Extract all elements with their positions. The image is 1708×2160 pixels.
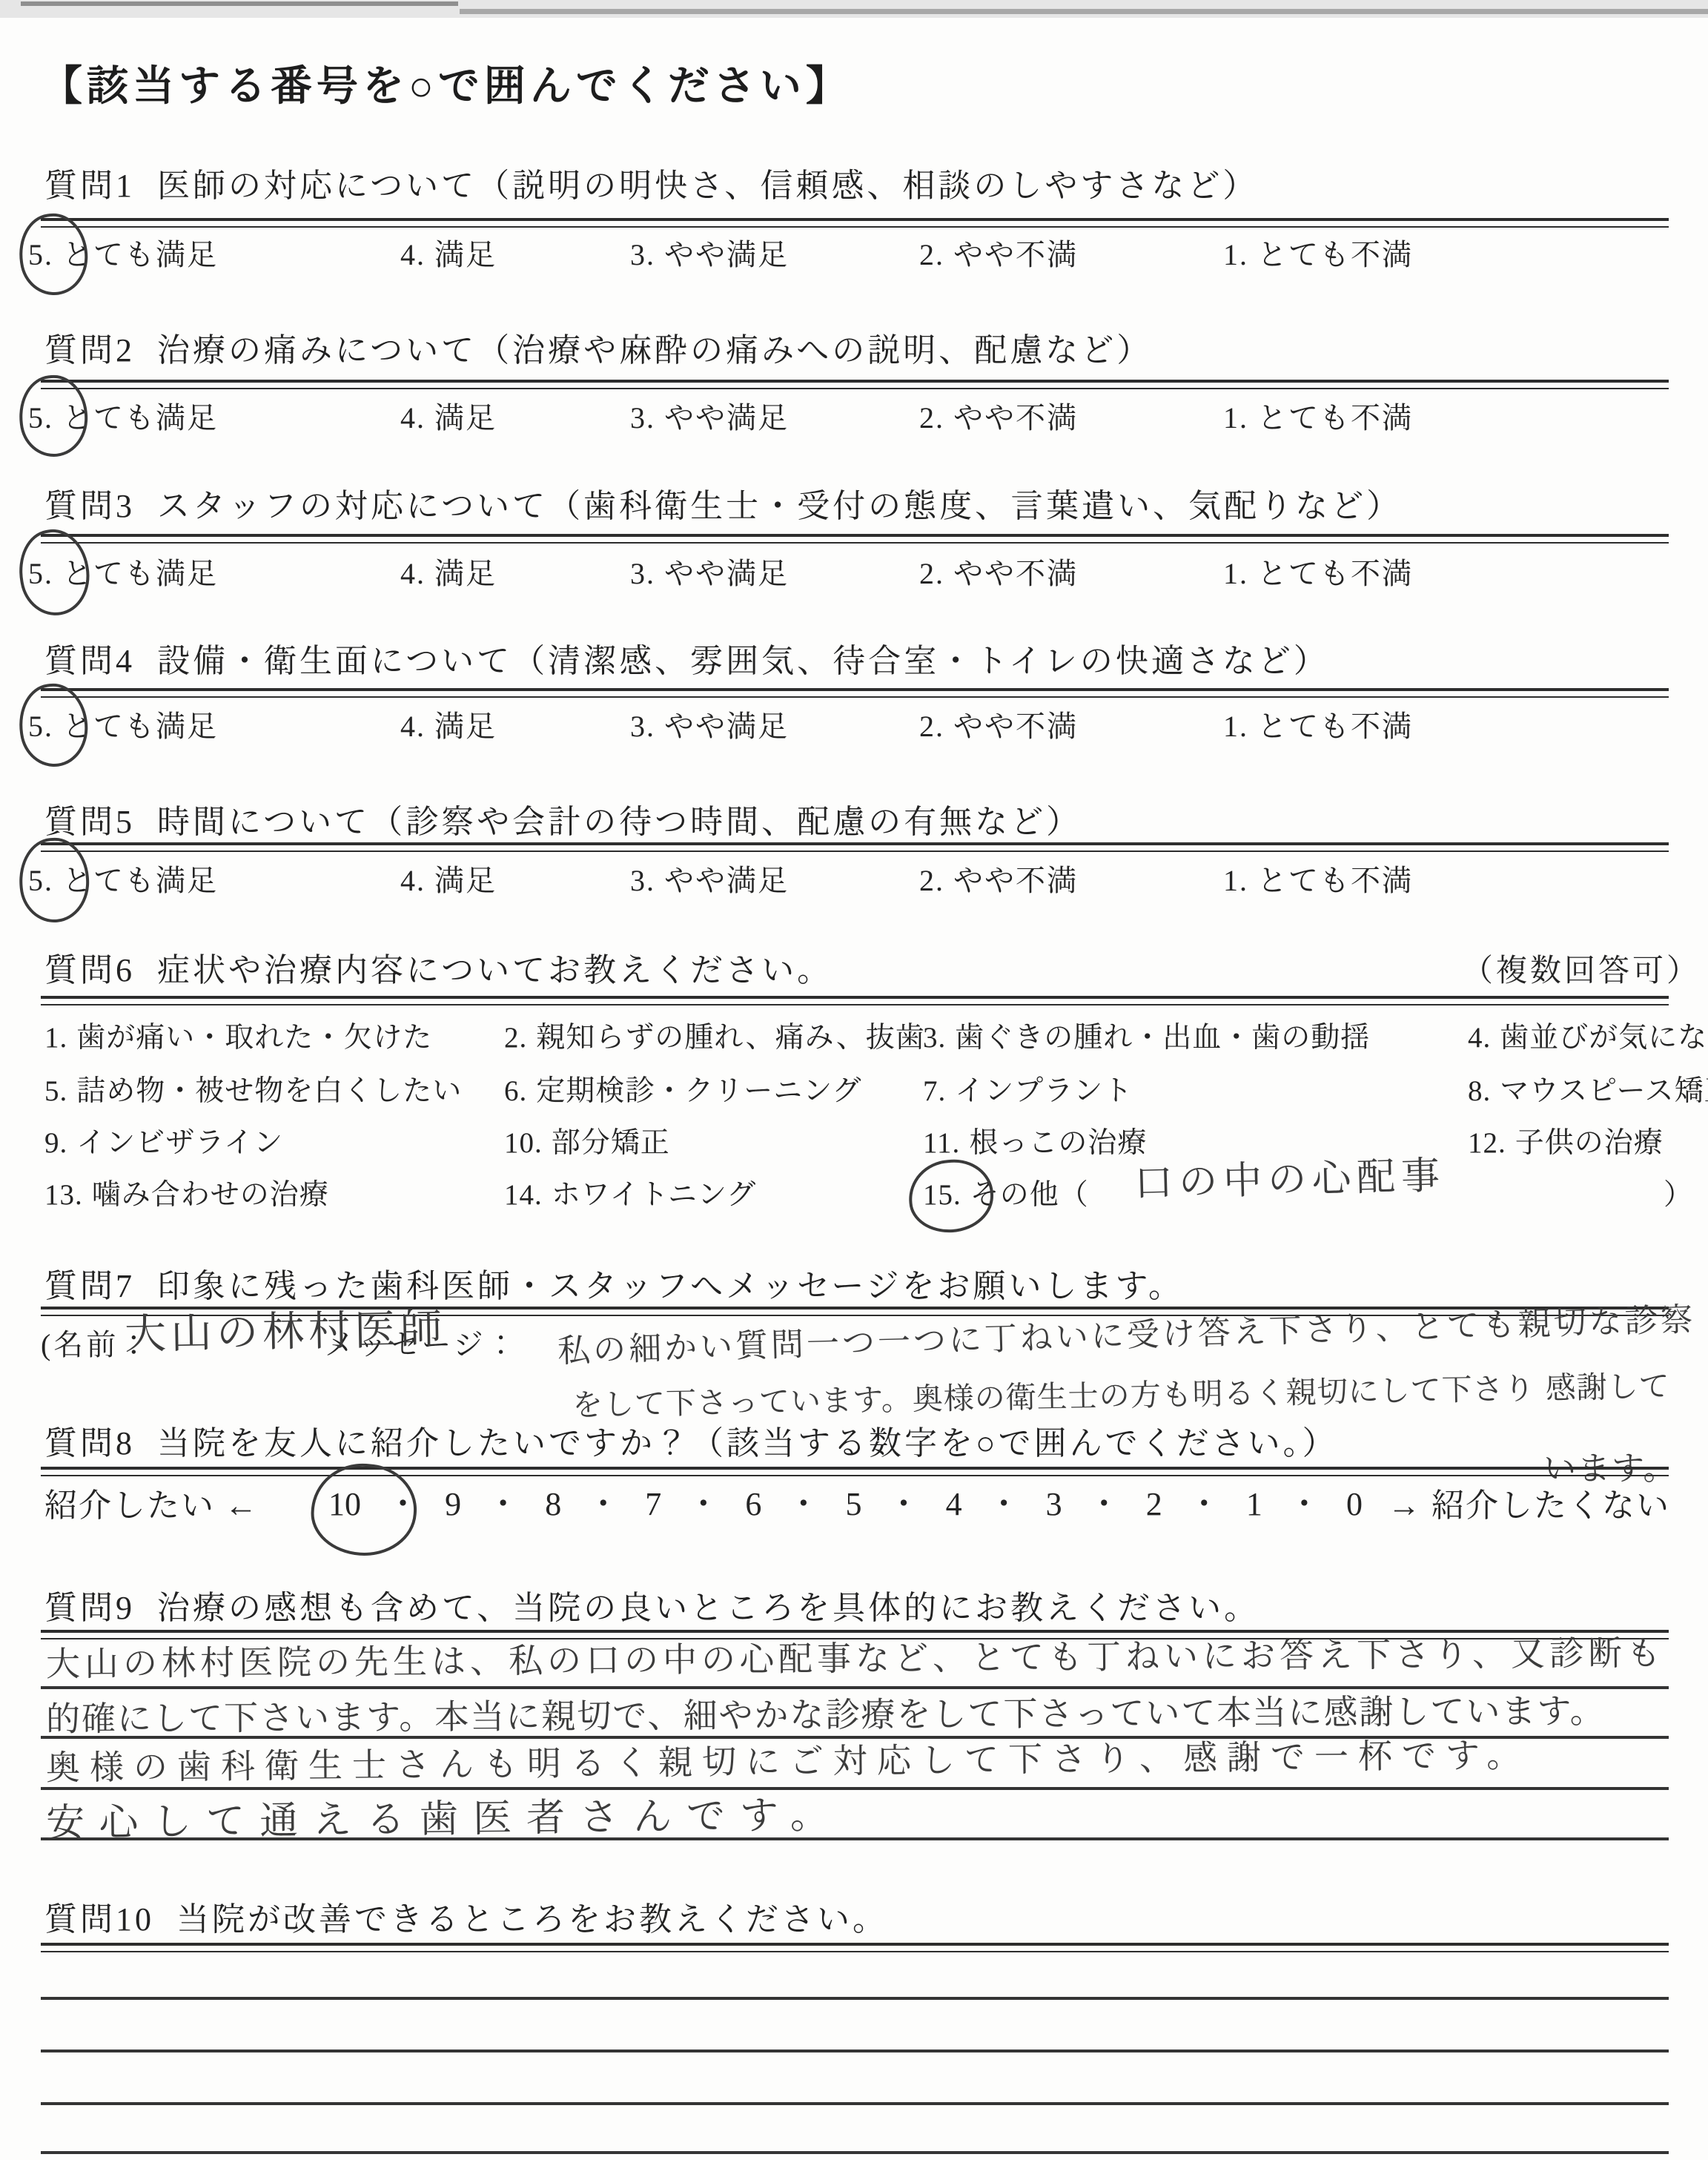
nps-scale: 10 ・ 9 ・ 8 ・ 7 ・ 6 ・ 5 ・ 4 ・ 3 ・ 2 ・ 1 ・… — [328, 1477, 1363, 1525]
rating-option-2: 2.やや不満 — [919, 703, 1078, 745]
nps-number-7: 7 — [645, 1485, 661, 1523]
question-10-number: 質問10 — [44, 1901, 154, 1938]
question-3-text: スタッフの対応について（歯科衛生士・受付の態度、言葉遣い、気配りなど） — [157, 488, 1402, 524]
nps-separator: ・ — [687, 1477, 720, 1525]
nps-number-5: 5 — [845, 1485, 861, 1523]
scan-edge-artifact-dash — [21, 1, 458, 6]
rating-option-4: 4.満足 — [400, 394, 497, 437]
symptom-option-13: 13.噛み合わせの治療 — [44, 1172, 329, 1213]
answer-rule — [41, 2102, 1669, 2105]
section-rule — [41, 842, 1669, 852]
question-7-number: 質問7 — [44, 1268, 135, 1304]
q9-answer-line-1: 大山の林村医院の先生は、私の口の中の心配事など、とても丁ねいにお答え下さり、又診… — [46, 1626, 1665, 1686]
symptom-option-2: 2.親知らずの腫れ、痛み、抜歯 — [504, 1014, 925, 1056]
rating-option-3: 3.やや満足 — [630, 703, 789, 745]
question-4-rating-row: 5.とても満足 4.満足 3.やや満足 2.やや不満 1.とても不満 — [28, 703, 1689, 749]
rating-option-1: 1.とても不満 — [1223, 703, 1413, 745]
q7-handwritten-name: 大山の林村医師 — [124, 1296, 446, 1361]
answer-rule — [41, 1943, 1669, 1952]
nps-separator: ・ — [487, 1477, 520, 1525]
nps-separator: ・ — [1088, 1477, 1120, 1525]
question-5-title: 質問5時間について（診察や会計の待つ時間、配慮の有無など） — [44, 795, 1082, 842]
question-9-number: 質問9 — [44, 1590, 135, 1626]
question-5-rating-row: 5.とても満足 4.満足 3.やや満足 2.やや不満 1.とても不満 — [28, 857, 1689, 903]
question-8-number: 質問8 — [44, 1425, 135, 1462]
question-1-rating-row: 5.とても満足 4.満足 3.やや満足 2.やや不満 1.とても不満 — [28, 231, 1689, 277]
rating-option-1: 1.とても不満 — [1223, 857, 1413, 899]
rating-option-3: 3.やや満足 — [630, 857, 789, 899]
q6-other-handwritten-answer: 口の中の心配事 — [1133, 1144, 1446, 1208]
section-rule — [41, 688, 1669, 698]
circled-answer-mark-q6-option-15 — [907, 1157, 996, 1235]
nps-left-label: 紹介したい ← — [44, 1479, 259, 1526]
question-6-title: 質問6症状や治療内容についてお教えください。 — [44, 943, 833, 991]
symptom-option-5: 5.詰め物・被せ物を白くしたい — [44, 1068, 462, 1109]
q6-other-close-paren: ） — [1664, 1172, 1693, 1213]
question-2-title: 質問2治療の痛みについて（治療や麻酔の痛みへの説明、配慮など） — [44, 323, 1152, 371]
question-2-text: 治療の痛みについて（治療や麻酔の痛みへの説明、配慮など） — [157, 332, 1152, 369]
symptom-option-8: 8.マウスピース矯正 — [1468, 1068, 1708, 1109]
rating-option-3: 3.やや満足 — [630, 231, 789, 274]
question-4-text: 設備・衛生面について（清潔感、雰囲気、待合室・トイレの快適さなど） — [157, 643, 1329, 679]
rating-option-4: 4.満足 — [400, 550, 497, 592]
answer-rule — [41, 1997, 1669, 2000]
answer-rule — [41, 2050, 1669, 2052]
question-2-rating-row: 5.とても満足 4.満足 3.やや満足 2.やや不満 1.とても不満 — [28, 394, 1689, 440]
question-3-number: 質問3 — [44, 488, 135, 524]
question-7-title: 質問7印象に残った歯科医師・スタッフへメッセージをお願いします。 — [44, 1259, 1184, 1307]
section-rule — [41, 534, 1669, 544]
nps-number-0: 0 — [1346, 1485, 1363, 1523]
question-9-title: 質問9治療の感想も含めて、当院の良いところを具体的にお教えください。 — [44, 1581, 1260, 1628]
section-rule — [41, 380, 1669, 389]
question-6-note: （複数回答可） — [1462, 946, 1701, 991]
question-6-text: 症状や治療内容についてお教えください。 — [157, 952, 833, 988]
nps-number-3: 3 — [1046, 1485, 1062, 1523]
section-rule — [41, 996, 1669, 1005]
question-6-number: 質問6 — [44, 952, 135, 988]
section-rule — [41, 218, 1669, 228]
nps-separator: ・ — [1188, 1477, 1220, 1525]
question-10-title: 質問10当院が改善できるところをお教えください。 — [44, 1892, 888, 1940]
form-instruction-title: 【該当する番号を○で囲んでください】 — [41, 53, 852, 113]
question-9-text: 治療の感想も含めて、当院の良いところを具体的にお教えください。 — [157, 1590, 1260, 1626]
symptom-option-12: 12.子供の治療 — [1468, 1120, 1664, 1161]
symptom-option-14: 14.ホワイトニング — [504, 1172, 756, 1213]
nps-separator: ・ — [587, 1477, 620, 1525]
rating-option-2: 2.やや不満 — [919, 231, 1078, 274]
question-5-number: 質問5 — [44, 804, 135, 840]
nps-number-4: 4 — [946, 1485, 962, 1523]
rating-option-3: 3.やや満足 — [630, 394, 789, 437]
nps-number-8: 8 — [545, 1485, 561, 1523]
question-1-title: 質問1医師の対応について（説明の明快さ、信頼感、相談のしやすさなど） — [44, 159, 1258, 206]
symptom-option-10: 10.部分矯正 — [504, 1120, 670, 1161]
symptom-option-4: 4.歯並びが気になる — [1468, 1014, 1708, 1056]
question-3-rating-row: 5.とても満足 4.満足 3.やや満足 2.やや不満 1.とても不満 — [28, 550, 1689, 596]
question-8-title: 質問8当院を友人に紹介したいですか？（該当する数字を○で囲んでください。） — [44, 1416, 1338, 1464]
nps-right-label: → 紹介したくない — [1388, 1479, 1670, 1526]
question-1-text: 医師の対応について（説明の明快さ、信頼感、相談のしやすさなど） — [157, 168, 1258, 204]
question-3-title: 質問3スタッフの対応について（歯科衛生士・受付の態度、言葉遣い、気配りなど） — [44, 479, 1402, 526]
nps-number-2: 2 — [1146, 1485, 1162, 1523]
rating-option-4: 4.満足 — [400, 231, 497, 274]
symptom-option-9: 9.インビザライン — [44, 1120, 283, 1161]
q7-handwritten-message-line2: をして下さっています。奥様の衛生士の方も明るく親切にして下さり 感謝して — [572, 1361, 1670, 1424]
rating-option-2: 2.やや不満 — [919, 394, 1078, 437]
section-rule — [41, 1467, 1669, 1476]
question-1-number: 質問1 — [44, 168, 135, 204]
nps-separator: ・ — [987, 1477, 1020, 1525]
question-10-text: 当院が改善できるところをお教えください。 — [176, 1901, 888, 1938]
rating-option-2: 2.やや不満 — [919, 550, 1078, 592]
symptom-option-7: 7.インプラント — [923, 1068, 1133, 1109]
nps-separator: ・ — [1288, 1477, 1320, 1525]
symptom-option-3: 3.歯ぐきの腫れ・出血・歯の動揺 — [923, 1014, 1370, 1056]
rating-option-1: 1.とても不満 — [1223, 231, 1413, 274]
question-2-number: 質問2 — [44, 332, 135, 369]
q9-answer-line-4: 安心して通える歯医者さんです。 — [46, 1783, 844, 1847]
nps-number-1: 1 — [1246, 1485, 1262, 1523]
rating-option-1: 1.とても不満 — [1223, 394, 1413, 437]
symptom-option-6: 6.定期検診・クリーニング — [504, 1068, 861, 1109]
question-8-text: 当院を友人に紹介したいですか？（該当する数字を○で囲んでください。） — [157, 1425, 1338, 1462]
nps-separator: ・ — [887, 1477, 920, 1525]
question-4-title: 質問4設備・衛生面について（清潔感、雰囲気、待合室・トイレの快適さなど） — [44, 634, 1329, 681]
nps-number-6: 6 — [745, 1485, 761, 1523]
question-4-number: 質問4 — [44, 643, 135, 679]
answer-rule — [41, 2151, 1669, 2154]
rating-option-1: 1.とても不満 — [1223, 550, 1413, 592]
rating-option-2: 2.やや不満 — [919, 857, 1078, 899]
scan-edge-artifact-dark — [460, 9, 1708, 14]
symptom-option-1: 1.歯が痛い・取れた・欠けた — [44, 1014, 432, 1056]
survey-scan-page: 【該当する番号を○で囲んでください】 質問1医師の対応について（説明の明快さ、信… — [0, 0, 1708, 2160]
rating-option-3: 3.やや満足 — [630, 550, 789, 592]
symptom-option-11: 11.根っこの治療 — [923, 1120, 1147, 1161]
rating-option-4: 4.満足 — [400, 703, 497, 745]
rating-option-4: 4.満足 — [400, 857, 497, 899]
question-5-text: 時間について（診察や会計の待つ時間、配慮の有無など） — [157, 804, 1082, 840]
nps-number-9: 9 — [445, 1485, 461, 1523]
nps-separator: ・ — [787, 1477, 820, 1525]
